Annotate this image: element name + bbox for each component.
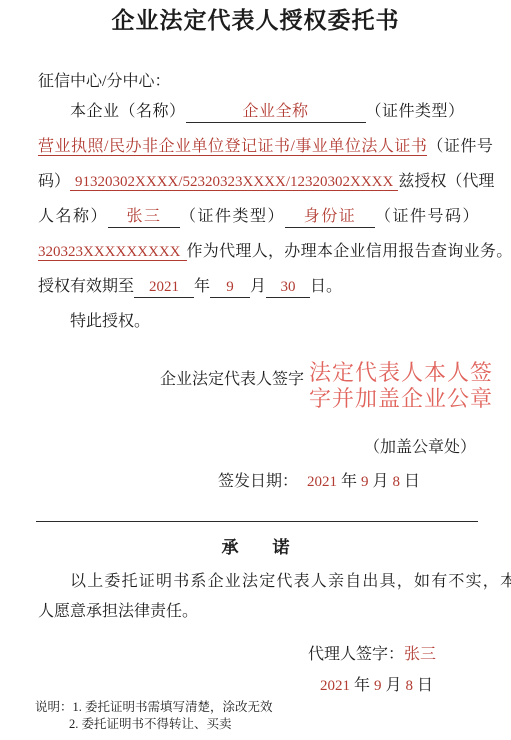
cert-number-value: 91320302XXXX/52320323XXXX/12320302XXXX [70,174,398,191]
promise-heading: 承 诺 [0,537,511,559]
agent-date-month-unit: 月 [386,677,402,694]
day-unit: 日。 [310,278,342,295]
cert-type-value: 营业执照/民办非企业单位登记证书/事业单位法人证书 [38,138,427,156]
promise-body-line1: 以上委托证明书系企业法定代表人亲自出具，如有不实，本 [38,572,511,592]
month-unit: 月 [250,278,266,295]
enterprise-name-prefix: 本企业（名称） [70,103,186,120]
cert-number-label-part2: 码） [38,173,70,190]
agent-cert-type-field: 身份证 [285,207,375,228]
cert-number-line: 码）91320302XXXX/52320323XXXX/12320302XXXX… [38,172,494,192]
validity-day-field: 30 [266,277,310,298]
agent-cert-number-value: 320323XXXXXXXXX [38,244,187,261]
salutation: 征信中心/分中心： [38,72,170,92]
agent-date-day: 8 [406,678,414,694]
year-unit: 年 [194,278,210,295]
enterprise-name-field: 企业全称 [186,102,366,123]
agent-info-line: 人名称）张三（证件类型）身份证（证件号码） [38,207,480,228]
validity-year-field: 2021 [134,277,194,298]
footnote-label: 说明： [35,700,73,714]
agent-signature-name: 张三 [404,646,436,663]
validity-line: 授权有效期至2021年9月30日。 [38,277,342,298]
issue-date-line: 签发日期：2021年9月8日 [218,472,420,492]
issue-year-unit: 年 [341,473,357,490]
agent-cert-number-line: 320323XXXXXXXXX作为代理人，办理本企业信用报告查询业务。 [38,242,511,262]
issue-day: 8 [393,474,401,490]
document-title: 企业法定代表人授权委托书 [0,6,511,36]
authorize-text: 兹授权（代理 [398,173,494,190]
issue-date-label: 签发日期： [218,473,298,490]
agent-signature-label: 代理人签字： [308,646,404,663]
issue-month: 9 [361,474,369,490]
promise-body-line2: 人愿意承担法律责任。 [38,602,198,622]
issue-month-unit: 月 [373,473,389,490]
agent-signature-line: 代理人签字：张三 [308,645,436,665]
legal-rep-signature-row: 企业法定代表人签字 法定代表人本人签字并加盖企业公章 [160,360,505,412]
agent-date-month: 9 [374,678,382,694]
footnote-item2: 2. 委托证明书不得转让、买卖 [35,717,273,731]
footnote-item1: 1. 委托证明书需填写清楚，涂改无效 [73,700,273,714]
agent-date-day-unit: 日 [417,677,433,694]
agent-cert-type-label: （证件类型） [180,208,285,225]
agent-name-label: 人名称） [38,208,108,225]
agent-signature-date: 2021年9月8日 [320,676,433,696]
legal-rep-signature-note: 法定代表人本人签字并加盖企业公章 [309,360,505,412]
cert-number-label-part1: （证件号 [427,138,493,155]
cert-type-line: 营业执照/民办非企业单位登记证书/事业单位法人证书（证件号 [38,137,493,157]
agent-name-field: 张三 [108,207,180,228]
hereby-authorize-text: 特此授权。 [70,312,150,332]
authorization-letter-document: 企业法定代表人授权委托书 征信中心/分中心： 本企业（名称）企业全称（证件类型）… [0,0,511,740]
agent-cert-number-label: （证件号码） [375,208,480,225]
footnotes: 说明：1. 委托证明书需填写清楚，涂改无效 2. 委托证明书不得转让、买卖 [35,700,273,731]
issue-day-unit: 日 [404,473,420,490]
validity-label: 授权有效期至 [38,278,134,295]
seal-placement-note: （加盖公章处） [364,438,476,458]
enterprise-name-line: 本企业（名称）企业全称（证件类型） [38,102,465,123]
agent-purpose-text: 作为代理人，办理本企业信用报告查询业务。 [187,243,511,260]
footnote-row1: 说明：1. 委托证明书需填写清楚，涂改无效 [35,700,273,714]
legal-rep-signature-label: 企业法定代表人签字 [160,370,304,390]
validity-month-field: 9 [210,277,250,298]
agent-date-year: 2021 [320,678,350,694]
cert-type-label: （证件类型） [366,103,465,120]
issue-year: 2021 [307,474,337,490]
agent-date-year-unit: 年 [354,677,370,694]
section-divider [36,521,478,522]
